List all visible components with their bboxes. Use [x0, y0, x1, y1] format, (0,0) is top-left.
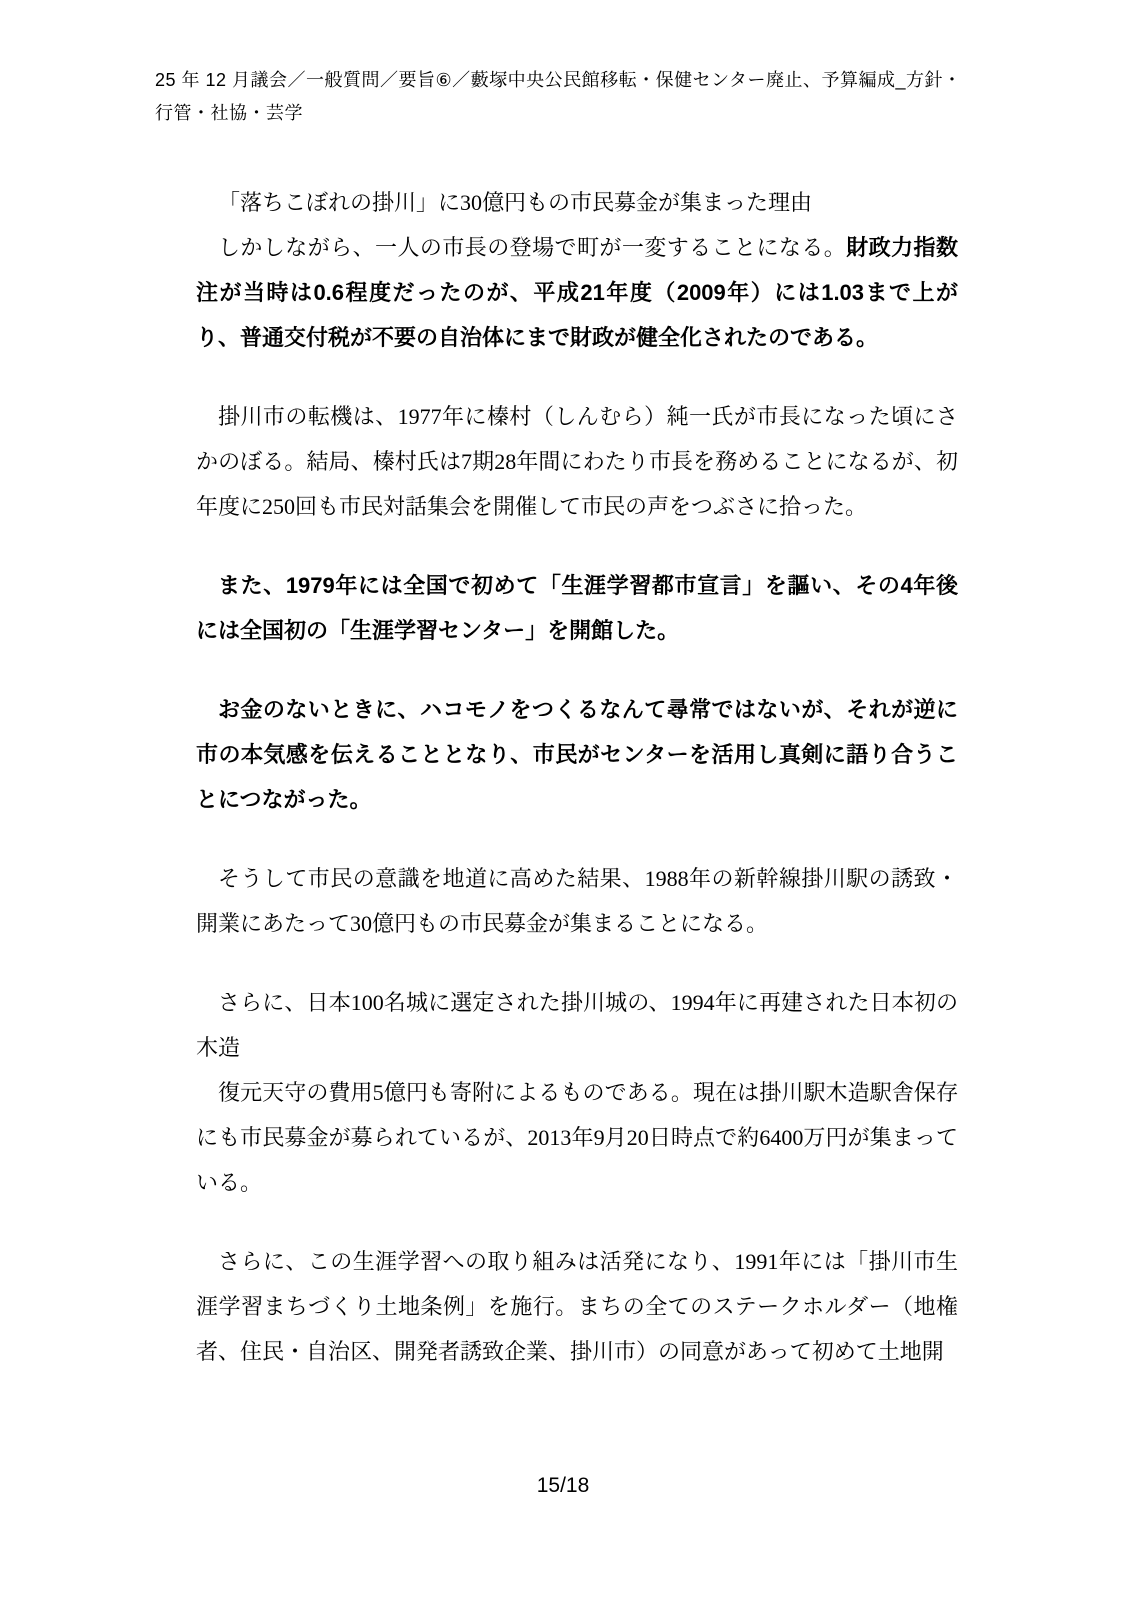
body-text: しかしながら、一人の市長の登場で町が一変することになる。 [218, 235, 846, 260]
document-header: 25 年 12 月議会／一般質問／要旨⑥／藪塚中央公民館移転・保健センター廃止、… [155, 64, 967, 130]
body-text: 掛川市の転機は、1977年に榛村（しんむら）純一氏が市長になった頃にさかのぼる。… [196, 404, 958, 519]
paragraph: しかしながら、一人の市長の登場で町が一変することになる。財政力指数注が当時は0.… [196, 225, 958, 360]
paragraph: 「落ちこぼれの掛川」に30億円もの市民募金が集まった理由 [196, 180, 958, 225]
paragraph: そうして市民の意識を地道に高めた結果、1988年の新幹線掛川駅の誘致・開業にあた… [196, 856, 958, 946]
emphasized-text: お金のないときに、ハコモノをつくるなんて尋常ではないが、それが逆に市の本気感を伝… [196, 697, 958, 812]
paragraph: 掛川市の転機は、1977年に榛村（しんむら）純一氏が市長になった頃にさかのぼる。… [196, 394, 958, 529]
document-body: 「落ちこぼれの掛川」に30億円もの市民募金が集まった理由しかしながら、一人の市長… [196, 180, 958, 1374]
page-number: 15/18 [0, 1474, 1126, 1498]
paragraph: お金のないときに、ハコモノをつくるなんて尋常ではないが、それが逆に市の本気感を伝… [196, 687, 958, 822]
body-text: 復元天守の費用5億円も寄附によるものである。現在は掛川駅木造駅舎保存にも市民募金… [196, 1080, 958, 1195]
body-text: 「落ちこぼれの掛川」に30億円もの市民募金が集まった理由 [218, 190, 812, 215]
body-text: さらに、この生涯学習への取り組みは活発になり、1991年には「掛川市生涯学習まち… [196, 1249, 958, 1364]
emphasized-text: また、1979年には全国で初めて「生涯学習都市宣言」を謳い、その4年後には全国初… [196, 573, 958, 643]
body-text: そうして市民の意識を地道に高めた結果、1988年の新幹線掛川駅の誘致・開業にあた… [196, 866, 958, 936]
document-page: 25 年 12 月議会／一般質問／要旨⑥／藪塚中央公民館移転・保健センター廃止、… [0, 0, 1126, 1599]
body-text: さらに、日本100名城に選定された掛川城の、1994年に再建された日本初の木造 [196, 990, 958, 1060]
paragraph: 復元天守の費用5億円も寄附によるものである。現在は掛川駅木造駅舎保存にも市民募金… [196, 1070, 958, 1205]
paragraph: さらに、この生涯学習への取り組みは活発になり、1991年には「掛川市生涯学習まち… [196, 1239, 958, 1374]
paragraph: また、1979年には全国で初めて「生涯学習都市宣言」を謳い、その4年後には全国初… [196, 563, 958, 653]
paragraph: さらに、日本100名城に選定された掛川城の、1994年に再建された日本初の木造 [196, 980, 958, 1070]
